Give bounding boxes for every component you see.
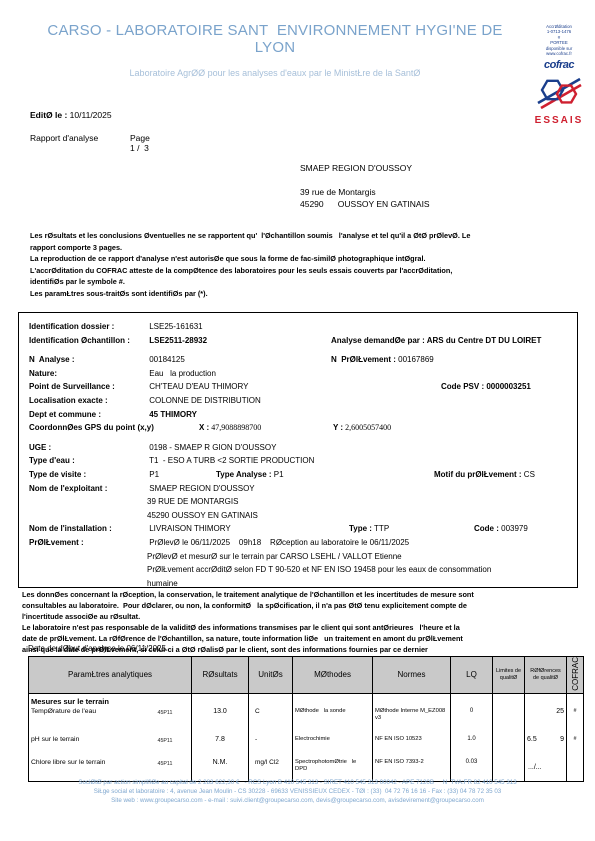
code-psv: Code PSV : 0000003251 [441, 380, 531, 394]
unit-value: - [249, 735, 293, 758]
id-row-localisation: Localisation exacte : COLONNE DE DISTRIB… [29, 394, 577, 408]
col-header-limits: Limites de qualitØ [493, 657, 525, 694]
id-row-dept: Dept et commune : 45 THIMORY [29, 408, 577, 422]
id-row-type-eau: Type d'eau : T1 - ESO A TURB <2 SORTIE P… [29, 454, 577, 468]
id-row-nature: Nature: Eau la production [29, 367, 577, 381]
unit-value: C [249, 707, 293, 735]
id-row-dossier: Identification dossier : LSE25-161631 [29, 320, 577, 334]
report-page: CARSO - LABORATOIRE SANT ENVIRONNEMENT H… [0, 0, 595, 841]
cofrac-flag: # [567, 735, 584, 758]
num-analyse-label: N Analyse : [29, 353, 147, 367]
uge-value: 0198 - SMAEP R GION D'OUSSOY [149, 443, 276, 452]
cofrac-logo-icon: cofrac [528, 59, 590, 71]
echantillon-value: LSE2511-28932 [149, 336, 207, 345]
cofrac-emblem-icon [536, 71, 582, 109]
footer-line2: SiŁge social et laboratoire : 4, avenue … [0, 787, 595, 796]
edited-date: 10/11/2025 [67, 110, 111, 120]
num-prelevement: N PrØlŁvement : 00167869 [331, 353, 434, 367]
type-analyse: Type Analyse : P1 [216, 468, 284, 482]
gps-x: X : 47,9088898700 [199, 421, 261, 435]
param-code: 45P11 [156, 735, 192, 758]
id-row-num-analyse: N Analyse : 00184125 N PrØlŁvement : 001… [29, 353, 577, 367]
col-header-refs: RØfØrences de qualitØ [525, 657, 567, 694]
type-analyse-label: Type Analyse : [216, 470, 272, 479]
id-row-exploitant: Nom de l'exploitant : SMAEP REGION D'OUS… [29, 482, 577, 523]
result-value: 13.0 [192, 707, 249, 735]
uge-label: UGE : [29, 441, 147, 455]
gps-y: Y : 2,6005057400 [333, 421, 391, 435]
code-psv-value: 0000003251 [484, 382, 531, 391]
continuation-marker: .../... [528, 764, 542, 771]
installation-code-value: 003979 [499, 524, 528, 533]
footer-line3: Site web : www.groupecarso.com - e-mail … [0, 796, 595, 805]
norm-value: MØthode Interne M_EZ008 v3 [373, 707, 451, 735]
motif-value: CS [522, 470, 535, 479]
num-analyse-value: 00184125 [149, 355, 185, 364]
disclaimer-line: La reproduction de ce rapport d'analyse … [30, 253, 578, 265]
disclaimer-line: identifiØs par le symbole #. [30, 276, 578, 288]
installation-code-label: Code : [474, 524, 499, 533]
exploitant-line2: 39 RUE DE MONTARGIS [147, 495, 577, 509]
analyse-demandee-value: ARS du Centre DT DU LOIRET [425, 336, 542, 345]
type-analyse-value: P1 [272, 470, 284, 479]
motif-label: Motif du prØlŁvement : [434, 470, 522, 479]
table-row: TempØrature de l'eau 45P11 13.0 C MØthod… [29, 707, 584, 735]
exploitant-line1: SMAEP REGION D'OUSSOY [149, 484, 254, 493]
installation-value: LIVRAISON THIMORY [149, 524, 231, 533]
table-row: pH sur le terrain 45P11 7.8 - Electrochi… [29, 735, 584, 758]
edited-line: EditØ le : 10/11/2025 [30, 110, 112, 120]
result-value: 7.8 [192, 735, 249, 758]
point-label: Point de Surveillance : [29, 380, 147, 394]
id-row-installation: Nom de l'installation : LIVRAISON THIMOR… [29, 522, 577, 536]
page-subtitle: Laboratoire AgrØØ pour les analyses d'ea… [30, 68, 520, 78]
notes-line: Les donnØes concernant la rØception, la … [22, 590, 582, 601]
accreditation-line: www.cofrac.fr [528, 51, 590, 56]
col-header-methods: MØthodes [293, 657, 373, 694]
section-title: Mesures sur le terrain [29, 693, 192, 707]
installation-code: Code : 003979 [474, 522, 528, 536]
motif-prelevement: Motif du prØlŁvement : CS [434, 468, 535, 482]
analyse-demandee-label: Analyse demandØe par : [331, 336, 425, 345]
accreditation-text: AccrØditation 1-0713-1476 # PORTEE dispo… [528, 24, 590, 56]
cofrac-flag: # [567, 707, 584, 735]
notes-line: l'incertitude associØe au rØsultat. [22, 612, 582, 623]
recipient-address1: 39 rue de Montargis [300, 186, 430, 198]
param-name: pH sur le terrain [29, 735, 156, 758]
col-header-results: RØsultats [192, 657, 249, 694]
report-line: Rapport d'analyse Page 1 / 3 [30, 133, 98, 143]
id-row-gps: CoordonnØes GPS du point (x,y) X : 47,90… [29, 421, 577, 435]
prelevement-line2: PrØlevØ et mesurØ sur le terrain par CAR… [147, 550, 577, 564]
gps-y-label: Y : [333, 423, 343, 432]
exploitant-label: Nom de l'exploitant : [29, 482, 147, 496]
ref-value: 6.59 [525, 735, 567, 758]
ref-min: 6.5 [527, 736, 537, 743]
installation-label: Nom de l'installation : [29, 522, 147, 536]
notes-line: Le laboratoire n'est pas responsable de … [22, 623, 582, 634]
param-code: 45P11 [156, 707, 192, 735]
localisation-value: COLONNE DE DISTRIBUTION [149, 396, 261, 405]
report-type-label: Rapport d'analyse [30, 133, 98, 143]
analysis-start-date: Date de dØbut d'analyse le 06/11/2025 [28, 644, 166, 653]
prelevement-line1: PrØlevØ le 06/11/2025 09h18 RØception au… [149, 538, 409, 547]
dossier-label: Identification dossier : [29, 320, 147, 334]
ref-max: 25 [556, 708, 564, 715]
limit-value [493, 707, 525, 735]
type-visite-label: Type de visite : [29, 468, 147, 482]
exploitant-line3: 45290 OUSSOY EN GATINAIS [147, 509, 577, 523]
disclaimer-line: rapport comporte 3 pages. [30, 242, 578, 254]
installation-type-label: Type : [349, 524, 372, 533]
gps-x-label: X : [199, 423, 209, 432]
dept-value: 45 THIMORY [149, 410, 197, 419]
limit-value [493, 735, 525, 758]
essais-label: ESSAIS [528, 115, 590, 126]
recipient-address2: 45290 OUSSOY EN GATINAIS [300, 198, 430, 210]
header: CARSO - LABORATOIRE SANT ENVIRONNEMENT H… [30, 22, 520, 78]
disclaimer-line: L'accrØditation du COFRAC atteste de la … [30, 265, 578, 277]
col-header-norms: Normes [373, 657, 451, 694]
type-visite-value: P1 [149, 470, 159, 479]
installation-type-value: TTP [372, 524, 389, 533]
id-row-point: Point de Surveillance : CH'TEAU D'EAU TH… [29, 380, 577, 394]
localisation-label: Localisation exacte : [29, 394, 147, 408]
type-eau-label: Type d'eau : [29, 454, 147, 468]
gps-x-value: 47,9088898700 [209, 423, 261, 432]
gps-label: CoordonnØes GPS du point (x,y) [29, 423, 154, 432]
table-header-row: ParamŁtres analytiques RØsultats UnitØs … [29, 657, 584, 694]
page-title: CARSO - LABORATOIRE SANT ENVIRONNEMENT H… [30, 22, 520, 56]
lq-value: 1.0 [451, 735, 493, 758]
disclaimer-paragraph: Les rØsultats et les conclusions Øventue… [30, 230, 578, 300]
echantillon-label: Identification Øchantillon : [29, 334, 147, 348]
prelevement-line3: PrØlŁvement accrØditØ selon FD T 90-520 … [147, 563, 577, 577]
col-header-lq: LQ [451, 657, 493, 694]
dept-label: Dept et commune : [29, 408, 147, 422]
col-header-units: UnitØs [249, 657, 293, 694]
lq-value: 0 [451, 707, 493, 735]
param-name: TempØrature de l'eau [29, 707, 156, 735]
page-number: Page 1 / 3 [130, 133, 150, 153]
cofrac-accreditation-block: AccrØditation 1-0713-1476 # PORTEE dispo… [528, 24, 590, 126]
footer: SociØtØ par action simplifiØe au capital… [0, 778, 595, 805]
method-value: MØthode la sonde [293, 707, 373, 735]
prelevement-line4: humaine [147, 577, 577, 591]
notes-line: date de prØlŁvement. La rØfØrence de l'Ø… [22, 634, 582, 645]
code-psv-label: Code PSV : [441, 382, 484, 391]
footer-line1: SociØtØ par action simplifiØe au capital… [0, 778, 595, 787]
disclaimer-line: Les rØsultats et les conclusions Øventue… [30, 230, 578, 242]
recipient-name: SMAEP REGION D'OUSSOY [300, 162, 430, 174]
analyse-demandee: Analyse demandØe par : ARS du Centre DT … [331, 334, 541, 348]
notes-line: consultables au laboratoire. Pour dØclar… [22, 601, 582, 612]
cofrac-header-text: COFRAC [571, 657, 580, 691]
nature-value: Eau la production [149, 369, 216, 378]
nature-label: Nature: [29, 367, 147, 381]
recipient-block: SMAEP REGION D'OUSSOY 39 rue de Montargi… [300, 162, 430, 210]
ref-max: 9 [560, 736, 564, 743]
type-eau-value: T1 - ESO A TURB <2 SORTIE PRODUCTION [149, 456, 314, 465]
col-header-cofrac: COFRAC [567, 657, 584, 694]
disclaimer-line: Les paramŁtres sous-traitØs sont identif… [30, 288, 578, 300]
point-value: CH'TEAU D'EAU THIMORY [149, 382, 248, 391]
identification-box: Identification dossier : LSE25-161631 Id… [18, 312, 578, 588]
num-prelevement-value: 00167869 [396, 355, 434, 364]
section-title-row: Mesures sur le terrain [29, 693, 584, 707]
num-prelevement-label: N PrØlŁvement : [331, 355, 396, 364]
results-table: ParamŁtres analytiques RØsultats UnitØs … [28, 656, 584, 782]
gps-y-value: 2,6005057400 [343, 423, 391, 432]
id-row-prelevement: PrØlŁvement : PrØlevØ le 06/11/2025 09h1… [29, 536, 577, 590]
dossier-value: LSE25-161631 [149, 322, 202, 331]
norm-value: NF EN ISO 10523 [373, 735, 451, 758]
ref-value: 25 [525, 707, 567, 735]
installation-type: Type : TTP [349, 522, 389, 536]
edited-label: EditØ le : [30, 110, 67, 120]
id-row-echantillon: Identification Øchantillon : LSE2511-289… [29, 334, 577, 348]
col-header-parameters: ParamŁtres analytiques [29, 657, 192, 694]
method-value: Electrochimie [293, 735, 373, 758]
id-row-uge: UGE : 0198 - SMAEP R GION D'OUSSOY [29, 441, 577, 455]
id-row-type-visite: Type de visite : P1 Type Analyse : P1 Mo… [29, 468, 577, 482]
prelevement-label: PrØlŁvement : [29, 536, 147, 550]
